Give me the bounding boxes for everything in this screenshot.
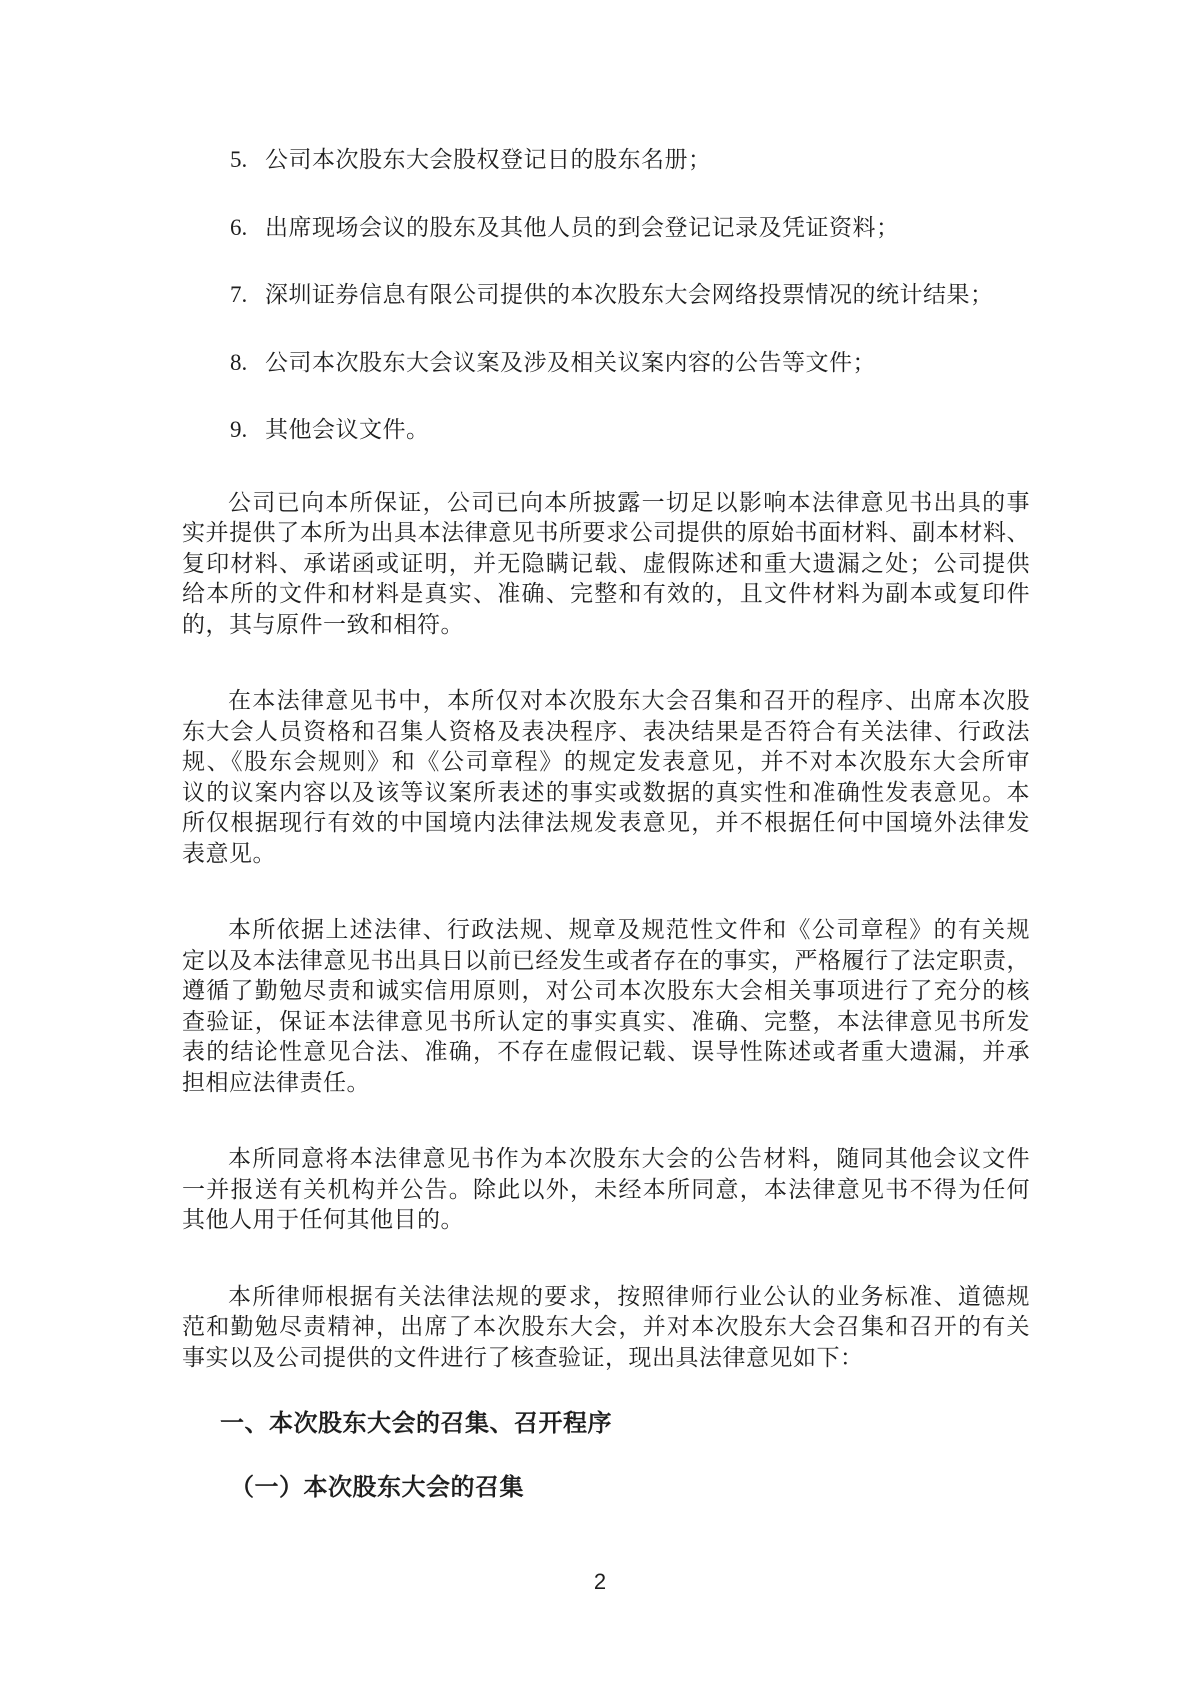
paragraph-line: 本所依据上述法律、行政法规、规章及规范性文件和《公司章程》的有关规 (182, 915, 1030, 946)
list-item-5: 5.公司本次股东大会股权登记日的股东名册； (182, 145, 1030, 176)
page-number: 2 (0, 1567, 1200, 1597)
subsection-heading: （一）本次股东大会的召集 (182, 1473, 1030, 1504)
paragraph-line: 本所同意将本法律意见书作为本次股东大会的公告材料，随同其他会议文件 (182, 1144, 1030, 1175)
paragraph-line: 一并报送有关机构并公告。除此以外，未经本所同意，本法律意见书不得为任何 (182, 1175, 1030, 1206)
document-page: 5.公司本次股东大会股权登记日的股东名册； 6.出席现场会议的股东及其他人员的到… (0, 0, 1200, 1697)
paragraph-line: 事实以及公司提供的文件进行了核查验证，现出具法律意见如下： (182, 1343, 1030, 1374)
paragraph-line: 实并提供了本所为出具本法律意见书所要求公司提供的原始书面材料、副本材料、 (182, 518, 1030, 549)
paragraph-line: 表的结论性意见合法、准确，不存在虚假记载、误导性陈述或者重大遗漏，并承 (182, 1037, 1030, 1068)
paragraph-1: 公司已向本所保证，公司已向本所披露一切足以影响本法律意见书出具的事 实并提供了本… (182, 488, 1030, 641)
paragraph-line: 担相应法律责任。 (182, 1068, 1030, 1099)
paragraph-5: 本所律师根据有关法律法规的要求，按照律师行业公认的业务标准、道德规 范和勤勉尽责… (182, 1282, 1030, 1374)
paragraph-line: 所仅根据现行有效的中国境内法律法规发表意见，并不根据任何中国境外法律发 (182, 808, 1030, 839)
section-heading: 一、本次股东大会的召集、召开程序 (182, 1409, 1030, 1440)
paragraph-line: 公司已向本所保证，公司已向本所披露一切足以影响本法律意见书出具的事 (182, 488, 1030, 519)
list-item-7: 7.深圳证券信息有限公司提供的本次股东大会网络投票情况的统计结果； (182, 280, 1030, 311)
list-item-number: 5. (230, 145, 265, 176)
list-item-number: 7. (230, 280, 265, 311)
paragraph-line: 范和勤勉尽责精神，出席了本次股东大会，并对本次股东大会召集和召开的有关 (182, 1312, 1030, 1343)
paragraph-3: 本所依据上述法律、行政法规、规章及规范性文件和《公司章程》的有关规 定以及本法律… (182, 915, 1030, 1098)
paragraph-line: 给本所的文件和材料是真实、准确、完整和有效的，且文件材料为副本或复印件 (182, 579, 1030, 610)
list-item-text: 其他会议文件。 (265, 417, 430, 442)
list-item-text: 公司本次股东大会议案及涉及相关议案内容的公告等文件； (265, 350, 876, 375)
list-item-number: 8. (230, 348, 265, 379)
paragraph-line: 表意见。 (182, 839, 1030, 870)
paragraph-line: 的，其与原件一致和相符。 (182, 610, 1030, 641)
paragraph-line: 其他人用于任何其他目的。 (182, 1205, 1030, 1236)
list-item-text: 出席现场会议的股东及其他人员的到会登记记录及凭证资料； (265, 215, 900, 240)
paragraph-line: 定以及本法律意见书出具日以前已经发生或者存在的事实，严格履行了法定职责， (182, 946, 1030, 977)
paragraph-4: 本所同意将本法律意见书作为本次股东大会的公告材料，随同其他会议文件 一并报送有关… (182, 1144, 1030, 1236)
paragraph-line: 在本法律意见书中，本所仅对本次股东大会召集和召开的程序、出席本次股 (182, 686, 1030, 717)
list-item-8: 8.公司本次股东大会议案及涉及相关议案内容的公告等文件； (182, 348, 1030, 379)
list-item-6: 6.出席现场会议的股东及其他人员的到会登记记录及凭证资料； (182, 213, 1030, 244)
paragraph-line: 遵循了勤勉尽责和诚实信用原则，对公司本次股东大会相关事项进行了充分的核 (182, 976, 1030, 1007)
paragraph-line: 查验证，保证本法律意见书所认定的事实真实、准确、完整，本法律意见书所发 (182, 1007, 1030, 1038)
paragraph-line: 本所律师根据有关法律法规的要求，按照律师行业公认的业务标准、道德规 (182, 1282, 1030, 1313)
paragraph-line: 议的议案内容以及该等议案所表述的事实或数据的真实性和准确性发表意见。本 (182, 778, 1030, 809)
list-item-number: 6. (230, 213, 265, 244)
paragraph-2: 在本法律意见书中，本所仅对本次股东大会召集和召开的程序、出席本次股 东大会人员资… (182, 686, 1030, 869)
list-item-text: 深圳证券信息有限公司提供的本次股东大会网络投票情况的统计结果； (265, 282, 994, 307)
content-area: 5.公司本次股东大会股权登记日的股东名册； 6.出席现场会议的股东及其他人员的到… (182, 145, 1030, 1503)
paragraph-line: 规、《股东会规则》和《公司章程》的规定发表意见，并不对本次股东大会所审 (182, 747, 1030, 778)
list-item-9: 9.其他会议文件。 (182, 415, 1030, 446)
list-item-text: 公司本次股东大会股权登记日的股东名册； (265, 147, 712, 172)
list-item-number: 9. (230, 415, 265, 446)
paragraph-line: 东大会人员资格和召集人资格及表决程序、表决结果是否符合有关法律、行政法 (182, 717, 1030, 748)
paragraph-line: 复印材料、承诺函或证明，并无隐瞒记载、虚假陈述和重大遗漏之处；公司提供 (182, 549, 1030, 580)
